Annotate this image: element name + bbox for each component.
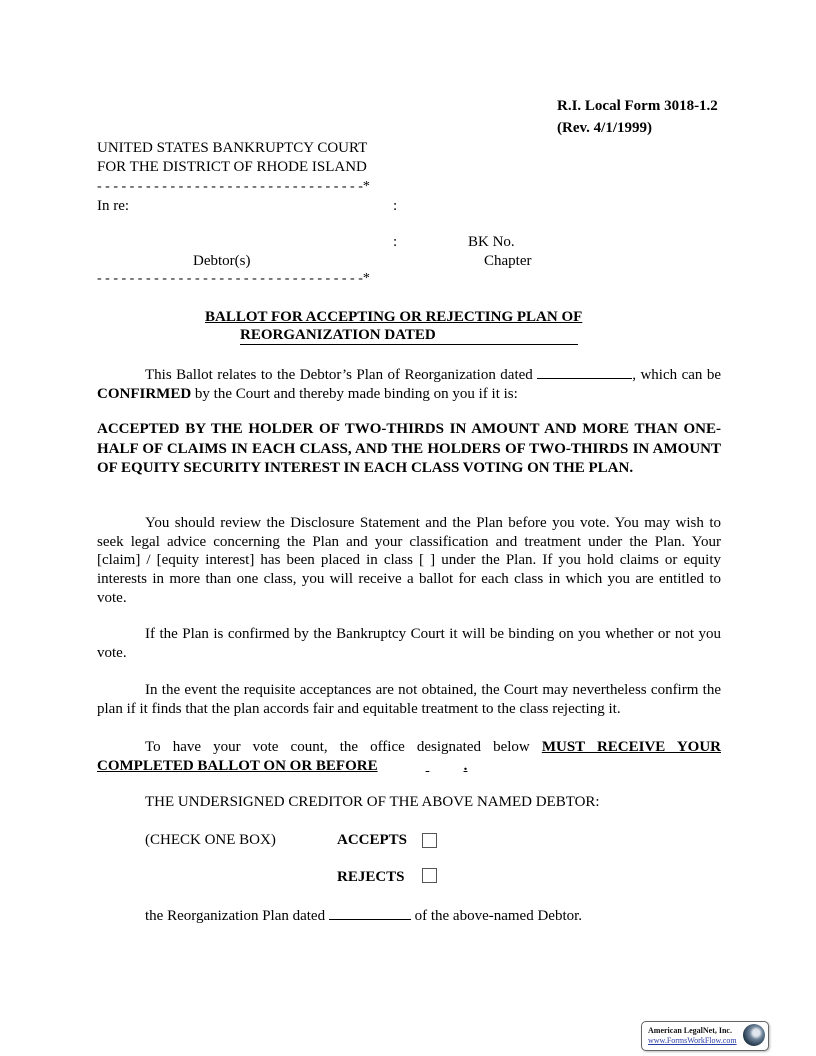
court-name: UNITED STATES BANKRUPTCY COURT — [97, 139, 367, 158]
rejects-label: REJECTS — [337, 868, 405, 887]
paragraph-deadline: To have your vote count, the office desi… — [97, 738, 721, 775]
bk-no-label: BK No. — [468, 233, 515, 252]
reorganization-plan-date-blank[interactable] — [329, 905, 411, 920]
form-number: R.I. Local Form 3018-1.2 — [557, 97, 718, 116]
form-revision: (Rev. 4/1/1999) — [557, 119, 652, 138]
publisher-badge[interactable]: American LegalNet, Inc. www.FormsWorkFlo… — [641, 1021, 769, 1051]
ballot-title-line1: BALLOT FOR ACCEPTING OR REJECTING PLAN O… — [205, 308, 582, 327]
paragraph-cramdown: In the event the requisite acceptances a… — [97, 681, 721, 718]
plan-dated-statement: the Reorganization Plan dated of the abo… — [145, 905, 582, 926]
chapter-label: Chapter — [484, 252, 531, 271]
paragraph-review: You should review the Disclosure Stateme… — [97, 514, 721, 608]
deadline-date-blank[interactable] — [378, 757, 464, 776]
in-re-label: In re: — [97, 197, 129, 216]
caption-colon: : — [393, 233, 397, 252]
globe-logo-icon — [743, 1024, 765, 1046]
caption-divider-top: - - - - - - - - - - - - - - - - - - - - … — [97, 177, 370, 196]
rejects-checkbox[interactable] — [422, 868, 437, 883]
court-district: FOR THE DISTRICT OF RHODE ISLAND — [97, 158, 367, 177]
accepts-checkbox[interactable] — [422, 833, 437, 848]
paragraph-acceptance-requirement: ACCEPTED BY THE HOLDER OF TWO-THIRDS IN … — [97, 420, 721, 479]
accepts-label: ACCEPTS — [337, 831, 407, 850]
paragraph-binding: If the Plan is confirmed by the Bankrupt… — [97, 625, 721, 662]
caption-colon: : — [393, 197, 397, 216]
publisher-name: American LegalNet, Inc. — [648, 1026, 732, 1035]
undersigned-creditor-text: THE UNDERSIGNED CREDITOR OF THE ABOVE NA… — [145, 793, 600, 812]
paragraph-relates: This Ballot relates to the Debtor’s Plan… — [97, 364, 721, 403]
ballot-title-line2: REORGANIZATION DATED — [240, 327, 578, 345]
check-one-instruction: (CHECK ONE BOX) — [145, 831, 276, 850]
caption-divider-bottom: - - - - - - - - - - - - - - - - - - - - … — [97, 269, 370, 288]
publisher-url[interactable]: www.FormsWorkFlow.com — [648, 1036, 737, 1045]
plan-date-blank[interactable] — [537, 364, 632, 379]
